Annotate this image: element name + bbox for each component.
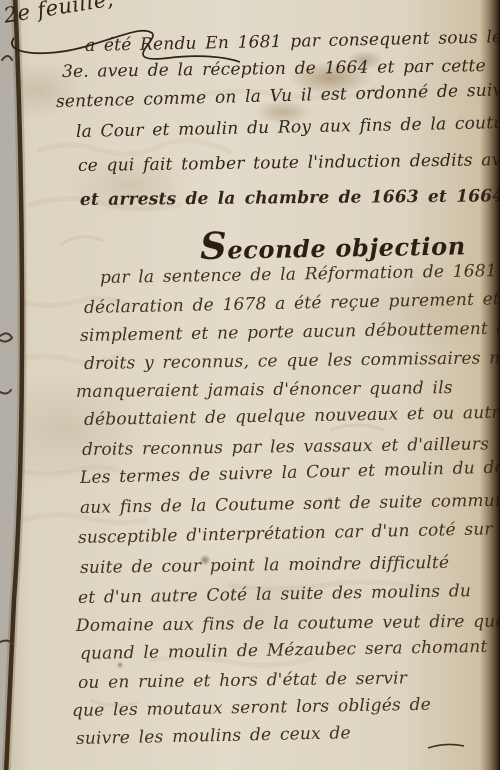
manuscript-line: ou en ruine et hors d'état de servir xyxy=(78,670,407,692)
manuscript-scan: 2e feuille, a été Rendu En 1681 par cons… xyxy=(0,0,500,770)
page-gutter-shadow xyxy=(480,0,500,770)
manuscript-line: manqueraient jamais d'énoncer quand ils xyxy=(76,380,453,401)
manuscript-line: Domaine aux fins de la coutume veut dire… xyxy=(76,614,500,635)
section-heading: Seconde objection xyxy=(200,219,466,268)
manuscript-line: et arrests de la chambre de 1663 et 1664 xyxy=(80,188,500,209)
